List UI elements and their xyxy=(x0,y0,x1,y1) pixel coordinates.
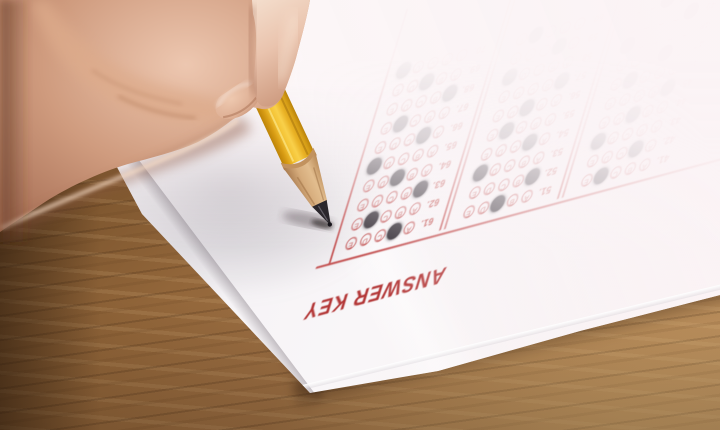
photo-scene: ANSWER KEY 61.ABCDE62.ABCDE63.ABCDE64.AB… xyxy=(0,0,720,430)
thumb xyxy=(252,0,310,107)
hand-edge-shadow xyxy=(0,0,30,242)
hand-and-pencil-overlay xyxy=(0,0,720,430)
